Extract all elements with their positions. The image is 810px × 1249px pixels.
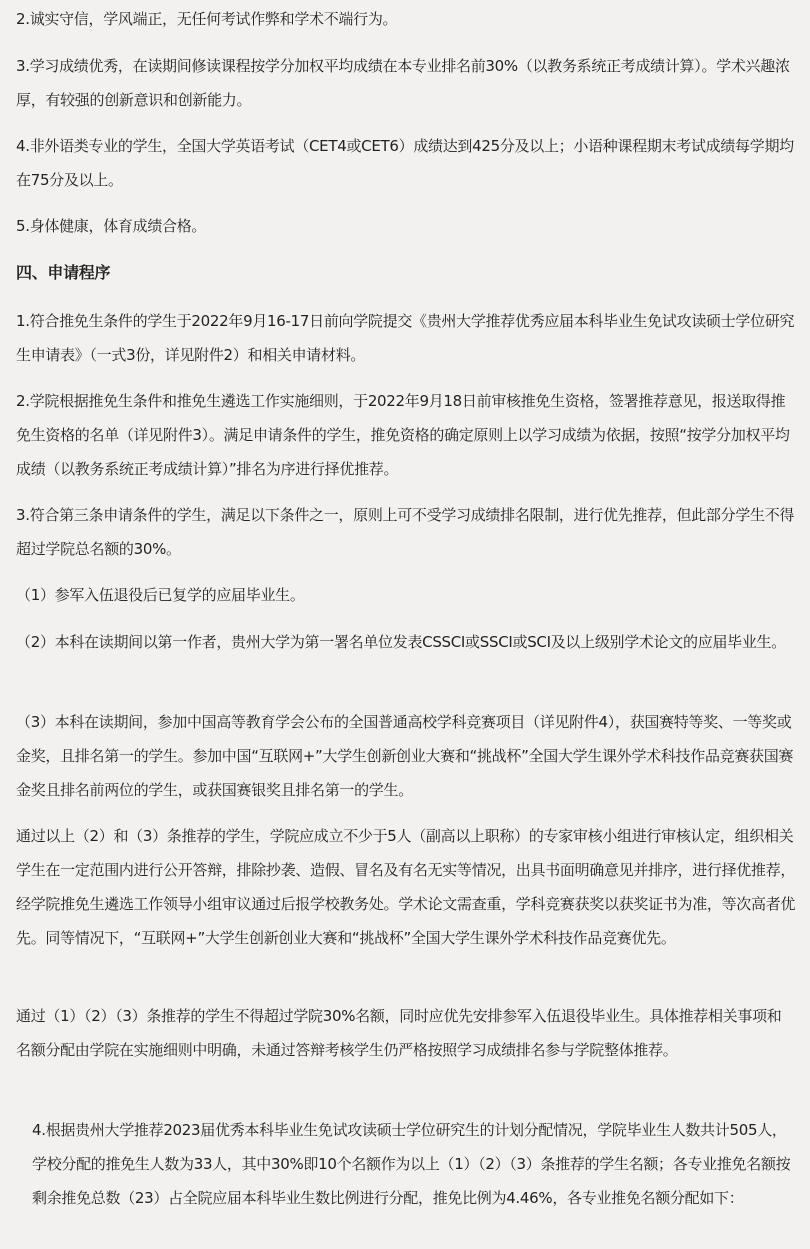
condition-3-paragraph: 3.学习成绩优秀，在读期间修读课程按学分加权平均成绩在本专业排名前30%（以教务… [16,49,796,117]
procedure-3-quota-note: 通过（1）（2）（3）条推荐的学生不得超过学院30%名额，同时应优先安排参军入伍… [16,999,796,1067]
condition-2-paragraph: 2.诚实守信，学风端正，无任何考试作弊和学术不端行为。 [16,2,796,36]
procedure-3-item-1: （1）参军入伍退役后已复学的应届毕业生。 [16,578,796,612]
procedure-2-paragraph: 2.学院根据推免生条件和推免生遴选工作实施细则，于2022年9月18日前审核推免… [16,384,796,486]
condition-5-paragraph: 5.身体健康，体育成绩合格。 [16,209,796,243]
procedure-3-item-3: （3）本科在读期间，参加中国高等教育学会公布的全国普通高校学科竞赛项目（详见附件… [16,705,796,807]
procedure-4-paragraph: 4.根据贵州大学推荐2023届优秀本科毕业生免试攻读硕士学位研究生的计划分配情况… [32,1113,796,1215]
procedure-3-paragraph: 3.符合第三条申请条件的学生，满足以下条件之一，原则上可不受学习成绩排名限制，进… [16,498,796,566]
section-heading-application-procedure: 四、申请程序 [16,256,796,290]
procedure-1-paragraph: 1.符合推免生条件的学生于2022年9月16-17日前向学院提交《贵州大学推荐优… [16,304,796,372]
condition-4-paragraph: 4.非外语类专业的学生，全国大学英语考试（CET4或CET6）成绩达到425分及… [16,129,796,197]
procedure-3-item-2: （2）本科在读期间以第一作者，贵州大学为第一署名单位发表CSSCI或SSCI或S… [16,625,796,659]
procedure-3-review-note: 通过以上（2）和（3）条推荐的学生，学院应成立不少于5人（副高以上职称）的专家审… [16,819,796,955]
